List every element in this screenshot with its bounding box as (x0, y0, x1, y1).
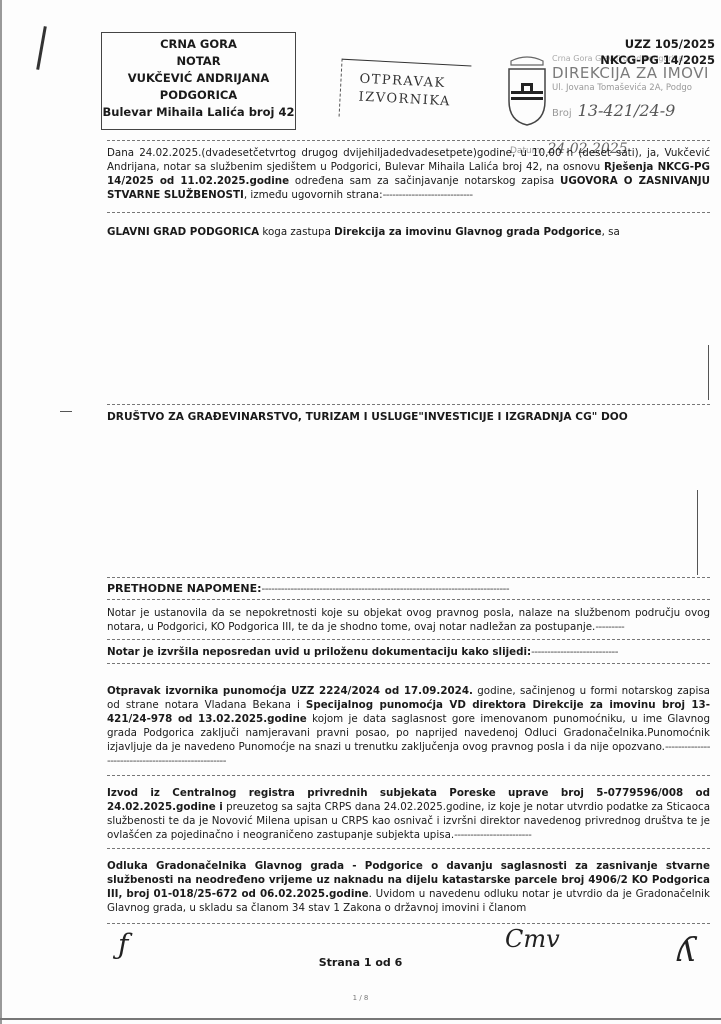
divider (107, 212, 710, 213)
notary-line: NOTAR (102, 53, 295, 70)
divider (107, 577, 710, 578)
stamp-address: Ul. Jovana Tomaševića 2A, Podgo (552, 83, 721, 93)
divider (107, 639, 710, 640)
divider (107, 140, 710, 141)
intro-paragraph: Dana 24.02.2025.(dvadesetčetvrtog drugog… (107, 146, 710, 202)
signature-middle: Cmv (505, 925, 560, 953)
notary-line: CRNA GORA (102, 36, 295, 53)
scan-bottom-edge (0, 1018, 721, 1020)
divider (107, 775, 710, 776)
coat-of-arms-icon (505, 55, 549, 127)
notary-line: PODGORICA (102, 87, 295, 104)
page-number: Strana 1 od 6 (0, 956, 721, 969)
broj-handwritten: 13-421/24-9 (578, 101, 676, 120)
document-item-3: Odluka Gradonačelnika Glavnog grada - Po… (107, 859, 710, 915)
prethodne-heading: PRETHODNE NAPOMENE:---------------------… (107, 582, 710, 596)
scan-edge (0, 0, 2, 1024)
party-2: DRUŠTVO ZA GRAĐEVINARSTVO, TURIZAM I USL… (107, 410, 710, 424)
redaction-edge (708, 345, 709, 400)
ref-nkcg: NKCG-PG 14/2025 (600, 52, 715, 68)
notary-line: VUKČEVIĆ ANDRIJANA (102, 70, 295, 87)
scan-page-number: 1 / 8 (0, 994, 721, 1002)
divider (107, 404, 710, 405)
document-item-1: Otpravak izvornika punomoćja UZZ 2224/20… (107, 684, 710, 768)
prethodne-paragraph: Notar je ustanovila da se nepokretnosti … (107, 606, 710, 634)
ref-uzz: UZZ 105/2025 (600, 36, 715, 52)
divider (107, 923, 710, 924)
uvid-line: Notar je izvršila neposredan uvid u pril… (107, 645, 710, 659)
pen-mark (36, 26, 47, 70)
divider (107, 663, 710, 664)
party-1: GLAVNI GRAD PODGORICA koga zastupa Direk… (107, 225, 710, 239)
broj-label: Broj (552, 108, 572, 119)
document-item-2: Izvod iz Centralnog registra privrednih … (107, 786, 710, 842)
reference-numbers: UZZ 105/2025 NKCG-PG 14/2025 (600, 36, 715, 68)
divider (107, 599, 710, 600)
divider (107, 848, 710, 849)
margin-tick (60, 411, 72, 412)
otpravak-stamp: OTPRAVAK IZVORNIKA (339, 59, 472, 124)
document-page: CRNA GORA NOTAR VUKČEVIĆ ANDRIJANA PODGO… (0, 0, 721, 1024)
notary-address: Bulevar Mihaila Lalića broj 42 (102, 104, 295, 121)
notary-header-box: CRNA GORA NOTAR VUKČEVIĆ ANDRIJANA PODGO… (101, 32, 296, 130)
redaction-edge (697, 490, 698, 575)
